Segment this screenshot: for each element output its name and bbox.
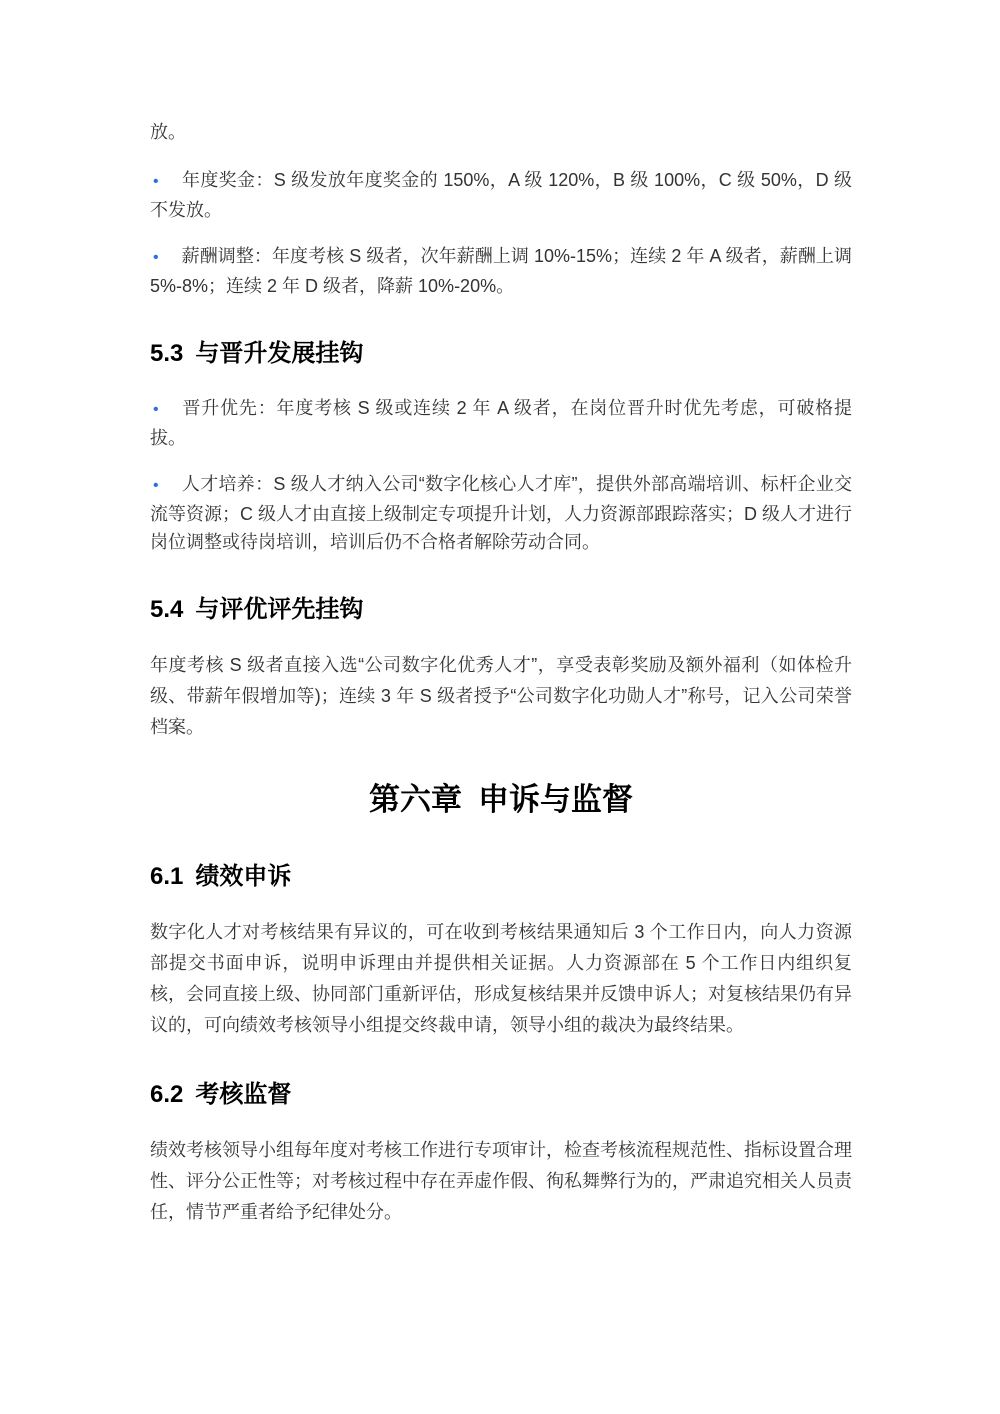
chapter-title: 申诉与监督	[478, 782, 633, 817]
paragraph-text: 放。	[150, 122, 186, 142]
heading-title: 与评优评先挂钩	[195, 596, 363, 623]
bullet-icon: •	[153, 249, 159, 266]
bullet-icon: •	[153, 401, 159, 418]
chapter-number: 第六章	[369, 782, 462, 817]
section-heading-5-3: 5.3与晋升发展挂钩	[150, 337, 852, 370]
paragraph-continuation: 放。	[150, 117, 852, 148]
paragraph-supervision: 绩效考核领导小组每年度对考核工作进行专项审计，检查考核流程规范性、指标设置合理性…	[150, 1135, 852, 1228]
heading-number: 5.3	[150, 340, 183, 367]
paragraph-text: 数字化人才对考核结果有异议的，可在收到考核结果通知后 3 个工作日内，向人力资源…	[150, 922, 852, 1035]
section-heading-5-4: 5.4与评优评先挂钩	[150, 593, 852, 626]
bullet-icon: •	[153, 477, 159, 494]
paragraph-text: 绩效考核领导小组每年度对考核工作进行专项审计，检查考核流程规范性、指标设置合理性…	[150, 1140, 852, 1222]
bullet-item-promotion-priority: •晋升优先：年度考核 S 级或连续 2 年 A 级者，在岗位晋升时优先考虑，可破…	[150, 394, 852, 452]
bullet-item-annual-bonus: •年度奖金：S 级发放年度奖金的 150%，A 级 120%，B 级 100%，…	[150, 166, 852, 224]
paragraph-appeal: 数字化人才对考核结果有异议的，可在收到考核结果通知后 3 个工作日内，向人力资源…	[150, 917, 852, 1041]
section-heading-6-1: 6.1绩效申诉	[150, 860, 852, 893]
section-heading-6-2: 6.2考核监督	[150, 1078, 852, 1111]
heading-title: 与晋升发展挂钩	[195, 340, 363, 367]
bullet-text: 晋升优先：年度考核 S 级或连续 2 年 A 级者，在岗位晋升时优先考虑，可破格…	[150, 398, 852, 448]
paragraph-awards: 年度考核 S 级者直接入选“公司数字化优秀人才”，享受表彰奖励及额外福利（如体检…	[150, 650, 852, 743]
heading-number: 5.4	[150, 596, 183, 623]
bullet-text: 人才培养：S 级人才纳入公司“数字化核心人才库”，提供外部高端培训、标杆企业交流…	[150, 474, 852, 552]
heading-title: 考核监督	[195, 1081, 291, 1108]
chapter-heading: 第六章申诉与监督	[150, 779, 852, 821]
bullet-item-talent-development: •人才培养：S 级人才纳入公司“数字化核心人才库”，提供外部高端培训、标杆企业交…	[150, 470, 852, 556]
bullet-icon: •	[153, 173, 159, 190]
heading-title: 绩效申诉	[195, 863, 291, 890]
document-page: 放。 •年度奖金：S 级发放年度奖金的 150%，A 级 120%，B 级 10…	[0, 0, 1000, 1414]
bullet-item-salary-adjustment: •薪酬调整：年度考核 S 级者，次年薪酬上调 10%-15%；连续 2 年 A …	[150, 242, 852, 300]
bullet-text: 年度奖金：S 级发放年度奖金的 150%，A 级 120%，B 级 100%，C…	[150, 170, 852, 220]
heading-number: 6.2	[150, 1081, 183, 1108]
heading-number: 6.1	[150, 863, 183, 890]
bullet-text: 薪酬调整：年度考核 S 级者，次年薪酬上调 10%-15%；连续 2 年 A 级…	[150, 246, 852, 296]
paragraph-text: 年度考核 S 级者直接入选“公司数字化优秀人才”，享受表彰奖励及额外福利（如体检…	[150, 655, 852, 737]
